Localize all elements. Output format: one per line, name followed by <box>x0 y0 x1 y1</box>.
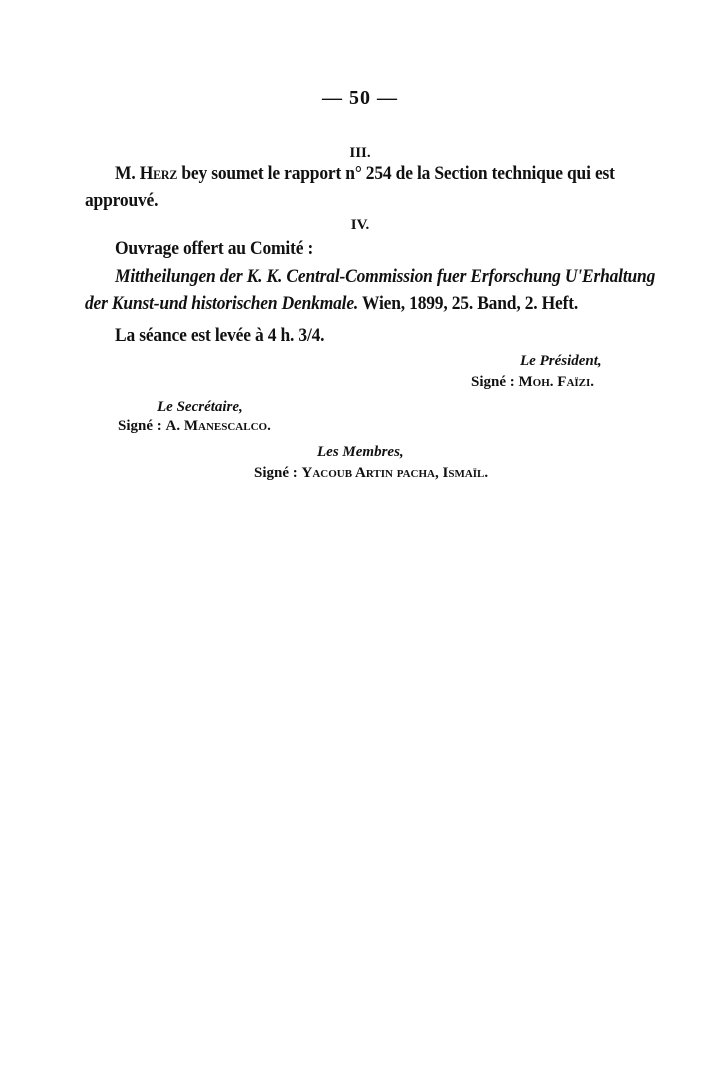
work-title-line-1: Mittheilungen der K. K. Central-Commissi… <box>115 266 655 288</box>
signed-label: Signé : <box>254 465 302 481</box>
paragraph-prefix: M. <box>115 163 140 184</box>
members-names: Yacoub Artin pacha, Ismaïl. <box>302 465 489 481</box>
signed-label: Signé : <box>471 374 519 390</box>
members-signature: Signé : Yacoub Artin pacha, Ismaïl. <box>254 465 488 482</box>
work-title-line-2: der Kunst-und historischen Denkmale. Wie… <box>85 293 578 315</box>
offered-work-label: Ouvrage offert au Comité : <box>115 238 313 260</box>
secretary-signature: Signé : A. Manescalco. <box>118 418 271 435</box>
president-title: Le Président, <box>520 353 602 370</box>
paragraph-report-line-1: M. Herz bey soumet le rapport n° 254 de … <box>115 163 615 185</box>
section-heading-iii: III. <box>0 145 720 162</box>
president-name: Moh. Faïzi. <box>519 374 595 390</box>
closing-sentence: La séance est levée à 4 h. 3/4. <box>115 325 324 347</box>
section-heading-iv: IV. <box>0 217 720 234</box>
paragraph-text: bey soumet le rapport n° 254 de la Secti… <box>177 163 615 184</box>
person-name-herz: Herz <box>140 163 177 184</box>
president-signature: Signé : Moh. Faïzi. <box>471 374 594 391</box>
page-number: — 50 — <box>0 87 720 110</box>
secretary-name: A. Manescalco. <box>166 418 271 434</box>
paragraph-report-line-2: approuvé. <box>85 190 158 212</box>
work-title-italic: der Kunst-und historischen Denkmale. <box>85 293 358 314</box>
secretary-title: Le Secrétaire, <box>157 399 243 416</box>
work-publication-info: Wien, 1899, 25. Band, 2. Heft. <box>358 293 578 314</box>
signed-label: Signé : <box>118 418 166 434</box>
members-title: Les Membres, <box>317 444 404 461</box>
